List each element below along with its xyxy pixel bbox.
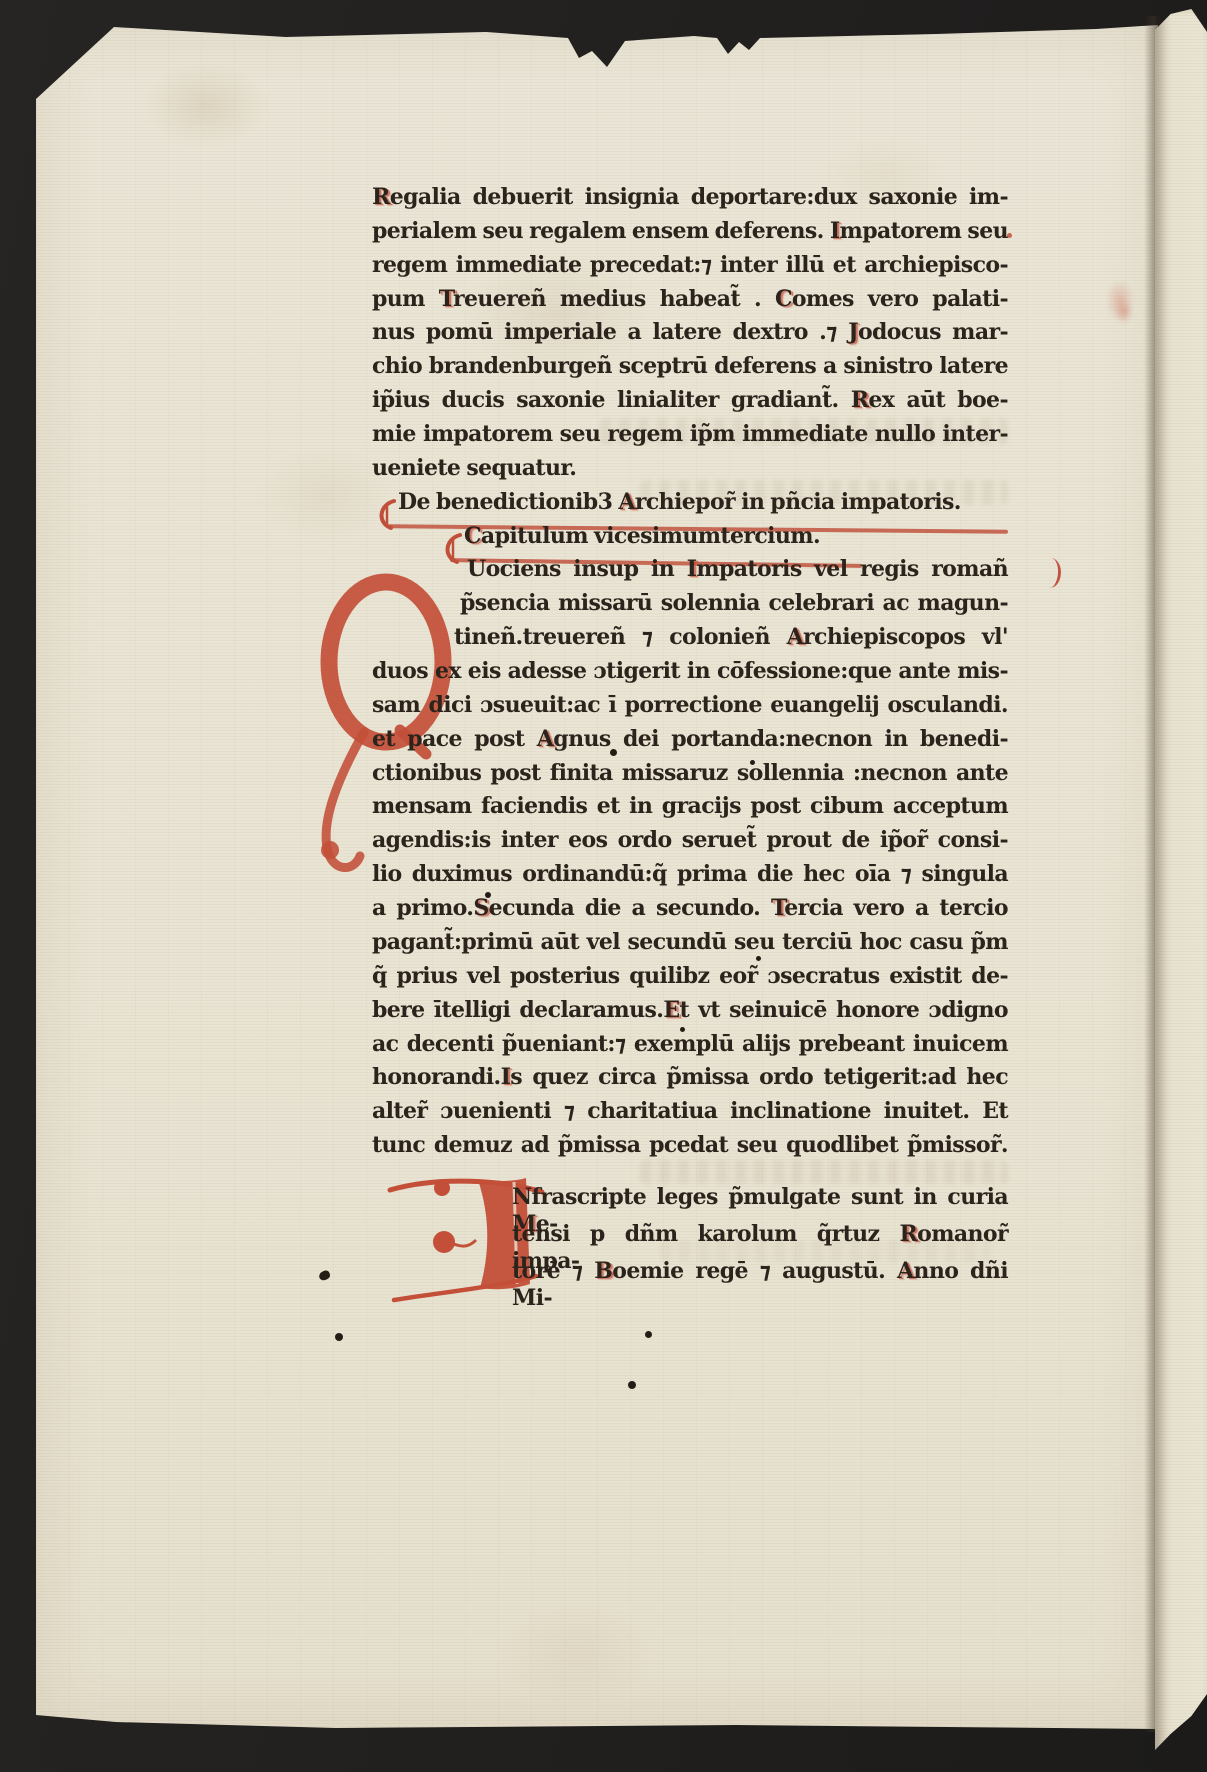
rubricated-capital: T [771,895,784,921]
text-line: tunc demuz ad p̃missa pcedat seu quodlib… [372,1132,1008,1159]
rubricated-capital: C [464,523,481,549]
text-segment: lio duximus ordinandū:q̃ prima die hec o… [372,861,1008,887]
text-line: sam dici ɔsueuit:ac ī porrectione euange… [372,692,1008,719]
text-segment: pum [372,286,439,312]
text-segment: rchiepor̃ in pñcia impatoris. [635,489,961,515]
rubricated-capital: A [618,489,634,515]
rubricated-capital: A [787,624,803,650]
text-segment: reuereñ medius habeat̃ . [453,286,775,312]
text-segment: Uociens insup in [467,556,687,582]
text-segment: sam dici ɔsueuit:ac ī porrectione euange… [372,692,1008,718]
text-segment: ueniete sequatur. [372,455,576,481]
text-segment: t vt seinuicē honore ɔdigno [680,997,1008,1023]
text-segment: omes vero palati- [792,286,1008,312]
text-line: alter̃ ɔuenienti ⁊ charitatiua inclinati… [372,1098,1008,1125]
ink-speck [628,1381,636,1389]
text-segment: tineñ.treuereñ ⁊ colonieñ [454,624,787,650]
rubricated-capital: S [473,895,488,921]
scan-canvas: Regalia debuerit insignia deportare:dux … [0,0,1207,1772]
text-segment: tunc demuz ad p̃missa pcedat seu quodlib… [372,1132,1008,1158]
text-line: pagant̃:primū aūt vel secundū seu terciū… [372,929,1008,956]
text-line: pum Treuereñ medius habeat̃ . Comes vero… [372,286,1008,313]
text-line: Regalia debuerit insignia deportare:dux … [372,184,1008,211]
text-segment: ac decenti p̃ueniant:⁊ exemplū alijs pre… [372,1031,1008,1057]
rubricated-capital: I [687,556,697,582]
text-line: mensam faciendis et in gracijs post cibu… [372,793,1008,820]
rubricated-capital: R [372,184,390,210]
text-line: tineñ.treuereñ ⁊ colonieñ Archiepiscopos… [454,624,1008,651]
text-segment: oemie regē ⁊ augustū. [612,1258,897,1284]
text-line: ip̃ius ducis saxonie linialiter gradiant… [372,387,1008,414]
rubricated-capital: I [501,1064,511,1090]
text-line: Capitulum vicesimumtercium. [464,523,820,550]
text-segment: a primo. [372,895,473,921]
text-segment: agendis:is inter eos ordo seruet̃ prout … [372,827,1008,853]
text-line: Uociens insup in Impatoris vel regis rom… [467,556,1008,583]
text-segment: chio brandenburgeñ sceptrū deferens a si… [372,353,1008,379]
rubricated-capital: J [848,319,858,345]
text-line: q̃ prius vel posterius quilibz eor̃ ɔsec… [372,963,1008,990]
text-segment: duos ex eis adesse ɔtigerit in cōfession… [372,658,1008,684]
text-segment: bere ītelligi declaramus. [372,997,663,1023]
text-line: duos ex eis adesse ɔtigerit in cōfession… [372,658,1008,685]
text-segment: et pace post [372,726,537,752]
text-segment: mensam faciendis et in gracijs post cibu… [372,793,1008,819]
red-smudge [1115,300,1133,324]
text-segment: nus pomū imperiale a latere dextro .⁊ [372,319,848,345]
text-line: De benedictionib3 Archiepor̃ in pñcia im… [398,489,961,516]
text-segment: mpatorem seu [840,218,1008,244]
text-line: et pace post Agnus dei portanda:necnon i… [372,726,1008,753]
text-segment: torē ⁊ [512,1258,594,1284]
text-line: bere ītelligi declaramus.Et vt seinuicē … [372,997,1008,1024]
rubricated-capital: R [899,1221,917,1247]
text-segment: tensi p dñm karolum q̃rtuz [512,1221,899,1247]
text-segment: ecunda die a secundo. [489,895,771,921]
text-line: lio duximus ordinandū:q̃ prima die hec o… [372,861,1008,888]
text-line: ueniete sequatur. [372,455,576,482]
text-segment: De benedictionib3 [398,489,618,515]
text-line: torē ⁊ Boemie regē ⁊ augustū. Anno dñi M… [512,1258,1008,1312]
ink-speck [756,956,761,961]
rubricated-capital: C [775,286,792,312]
text-segment: regem immediate precedat:⁊ inter illū et… [372,252,1008,278]
text-line: ac decenti p̃ueniant:⁊ exemplū alijs pre… [372,1031,1008,1058]
rubricated-capital: A [537,726,553,752]
text-line: nus pomū imperiale a latere dextro .⁊ Jo… [372,319,1008,346]
rubricated-capital: I [830,218,840,244]
rubricated-capital: R [851,387,869,413]
text-line: ctionibus post finita missaruz sollennia… [372,760,1008,787]
next-page-edge [1155,6,1207,1754]
text-segment: egalia debuerit insignia deportare:dux s… [390,184,1008,210]
rubricated-capital: A [897,1258,913,1284]
text-segment: mie impatorem seu regem ip̃m immediate n… [372,421,1008,447]
text-segment: p̃sencia missarū solennia celebrari ac m… [460,590,1008,616]
text-line: regem immediate precedat:⁊ inter illū et… [372,252,1008,279]
text-segment: alter̃ ɔuenienti ⁊ charitatiua inclinati… [372,1098,1008,1124]
text-line: chio brandenburgeñ sceptrū deferens a si… [372,353,1008,380]
text-line: perialem seu regalem ensem deferens. Imp… [372,218,1008,245]
text-line: agendis:is inter eos ordo seruet̃ prout … [372,827,1008,854]
text-segment: apitulum vicesimumtercium. [481,523,820,549]
text-segment: odocus mar- [858,319,1008,345]
text-segment: Nfrascripte leges p̃mulgate sunt in curi… [512,1184,1008,1210]
text-line: p̃sencia missarū solennia celebrari ac m… [460,590,1008,617]
text-segment: perialem seu regalem ensem deferens. [372,218,830,244]
text-segment: s quez circa p̃missa ordo tetigerit:ad h… [510,1064,1008,1090]
bleedthrough-ghost [640,1160,1008,1184]
text-segment: pagant̃:primū aūt vel secundū seu terciū… [372,929,1008,955]
text-segment: rchiepiscopos vl' [803,624,1008,650]
text-line: a primo.Secunda die a secundo. Tercia ve… [372,895,1008,922]
text-segment: ex aūt boe- [868,387,1008,413]
text-segment: gnus dei portanda:necnon in benedi- [553,726,1008,752]
text-segment: q̃ prius vel posterius quilibz eor̃ ɔsec… [372,963,1008,989]
text-segment: mpatoris vel regis romañ [696,556,1008,582]
text-segment: ercia vero a tercio [784,895,1008,921]
rubricated-capital: T [439,286,453,312]
text-line: honorandi.Is quez circa p̃missa ordo tet… [372,1064,1008,1091]
rubricated-capital: E [663,997,679,1023]
text-line: mie impatorem seu regem ip̃m immediate n… [372,421,1008,448]
text-segment: ip̃ius ducis saxonie linialiter gradiant… [372,387,851,413]
ink-speck [335,1333,343,1341]
ink-speck [645,1331,652,1338]
text-segment: ctionibus post finita missaruz sollennia… [372,760,1008,786]
rubricated-capital: B [594,1258,612,1284]
text-segment: honorandi. [372,1064,501,1090]
